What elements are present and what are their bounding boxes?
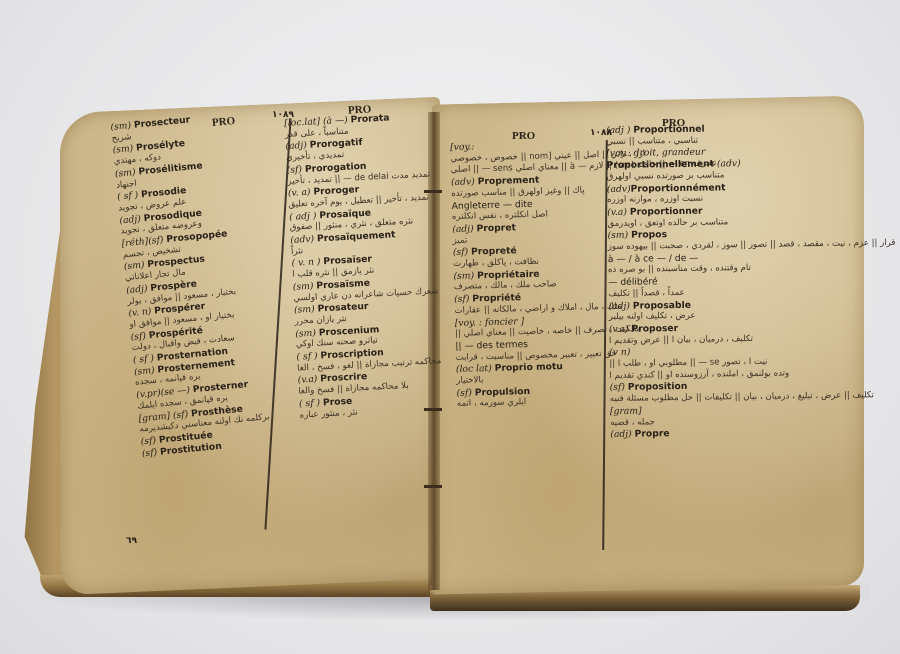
right-page-column-1: [voy.:خصوص ، خصوصي || nom] ارز ، ذاتي ||… bbox=[450, 138, 607, 411]
dictionary-entry: (adv) Proprementپاك || وغيز اولهرق || من… bbox=[451, 173, 602, 200]
binding-stitch bbox=[424, 485, 442, 488]
dictionary-entry: (v n)|| مطلوبي او ، طلب ا || — se نيت ا … bbox=[609, 345, 789, 371]
dictionary-entry: (adj ) Proportionnelتناسبي ، متناسب || ن… bbox=[606, 122, 786, 148]
dictionary-entry: (adj) Proposableعرض ، تكليف اولنه بيلير bbox=[608, 298, 788, 324]
dictionary-entry: Proportionnellement (adv)متناسب بر صورتد… bbox=[606, 158, 786, 184]
right-page-column-2: (adj ) Proportionnelتناسبي ، متناسب || ن… bbox=[606, 122, 790, 440]
dictionary-entry: || — des termesحق تعبير ، تعبير مخصوص ||… bbox=[455, 337, 606, 364]
dictionary-entry: [voy. : foncier ]|| مالكيت ، تصرف || خاص… bbox=[455, 314, 606, 341]
left-page-column-1: (sm) Prosecteurشريح (sm) Prosélyteدوكه ،… bbox=[110, 107, 302, 460]
left-page-folio: ٦٩ bbox=[126, 536, 137, 546]
dictionary-entry: [gram]جمله ، قضيه bbox=[610, 403, 790, 429]
dictionary-entry: (adj) Propre bbox=[610, 427, 790, 441]
left-page-column-2: [loc.lat] (à —) Prorataمتناسباً ، على قد… bbox=[284, 110, 450, 422]
dictionary-entry: (v.a) Proposerتكليف ، درميان ، بيان ا ||… bbox=[609, 321, 789, 347]
dictionary-entry: — délibéréعمداً ، قصداً || تكليف bbox=[608, 275, 788, 301]
photo-scene: PRO PRO ١٠٨٩ ٦٩ PRO PRO ١٠٨٨ (sm) Prosec… bbox=[0, 0, 900, 654]
dictionary-entry: (sm) Proposقرار || عزم ، نيت ، مقصد ، قص… bbox=[607, 228, 787, 254]
dictionary-entry: (v.a) Proportionnerمتناسب بر حالده اوتعق… bbox=[607, 204, 787, 230]
dictionary-entry: (sf) Propulsionايلري سورمه ، اتمه bbox=[456, 384, 607, 411]
dictionary-entry: à — / à ce — / de —تام وقتنده ، وقت مناس… bbox=[608, 251, 788, 277]
dictionary-entry: (adv)Proportionnémentنسبت اوزره ، موازنه… bbox=[607, 181, 787, 207]
dictionary-entry: (sf) Propositionتكليف || عرض ، تبليغ ، د… bbox=[610, 380, 790, 406]
dictionary-entry: (sf) Propriétéملك ، مال ، املاك و اراضي … bbox=[454, 290, 605, 317]
